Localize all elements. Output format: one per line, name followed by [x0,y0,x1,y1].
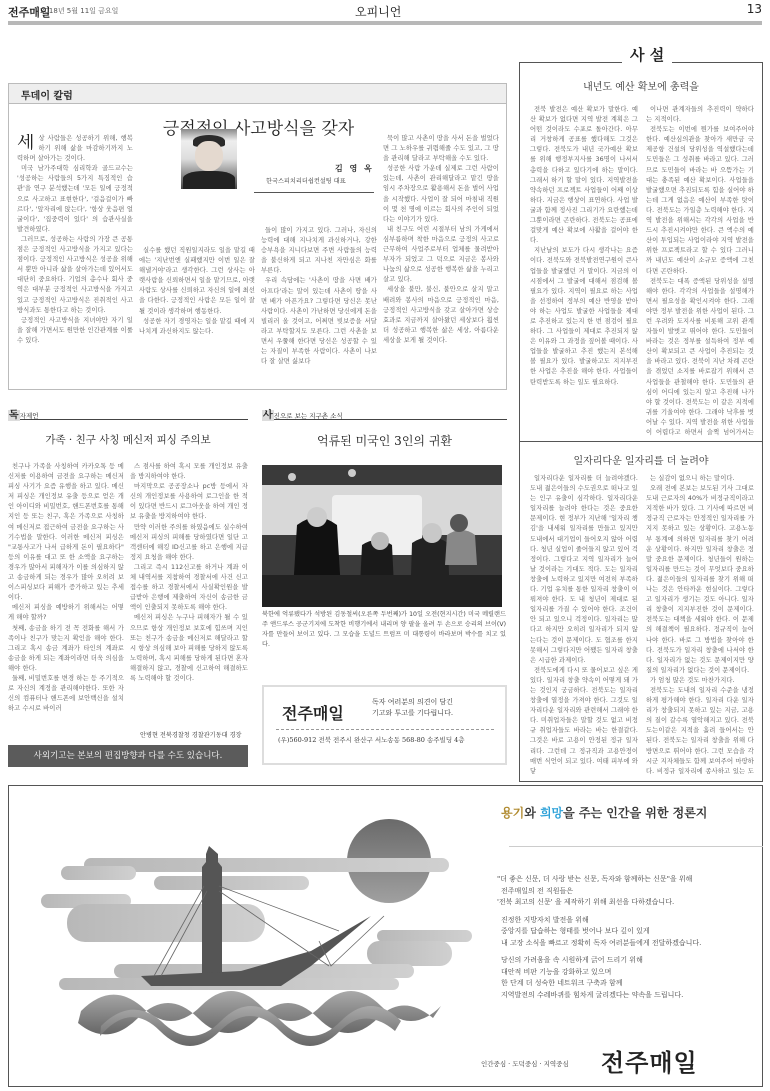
masthead-section: 오피니언 [355,3,401,20]
ad-body-text: "더 좋은 신문, 더 사랑 받는 신문, 독자와 함께하는 신문"을 위해 전… [497,874,701,1007]
ad-headline: 용기와 희망을 주는 인간을 위한 정론지 [501,804,707,821]
reader-signature: 안병현 전북경찰청 경찰관기동대 경장 [140,730,242,739]
author-name: 김 영 옥 [335,163,374,174]
ad-logo: 전주매일 [601,1043,698,1078]
today-col2: 실수를 했던 직원일지라도 일을 맡길 때에는 '지난번엔 실패했지만 이번 일… [139,246,255,386]
photo-caption: 북한에 억류됐다가 석방된 김동철씨(오른쪽 두번째)가 10일 오전(현지시간… [262,610,506,650]
reader-column-title: 가족 · 친구 사칭 메신저 피싱 주의보 [8,432,248,447]
bottom-advertisement: 용기와 희망을 주는 인간을 위한 정론지 "더 좋은 신문, 더 사랑 받는 … [8,785,763,1087]
submission-address: (우)560-912 전북 전주시 완산구 서노송동 568-80 송주빌딩 4… [278,735,465,744]
today-col2b: 들이 많이 가지고 있다. 그러나, 자신의 능력에 대해 지나치게 과신하거나… [261,226,377,386]
today-column-label: 투데이 칼럼 [9,84,506,104]
today-col1: 세 상 사람들은 성공하기 위해, 행복하기 위해 삶을 마감하기까지 노력하며… [17,134,133,386]
reader-col2: 스 점사를 하여 혹시 모를 개인정보 유출을 방지하여야 한다. 마지막으로 … [130,462,248,718]
author-title: 한국스피치리더쉽컨설팅 대표 [266,176,346,185]
photo-news-label: 사진으로 보는 지구촌 소식 [262,404,507,420]
dropcap: 세 [17,134,35,152]
ship-illustration [9,786,479,1086]
editorial-label: 사 설 [622,44,672,65]
reader-col1: 친구나 가족을 사칭하여 카카오톡 등 메신저를 이용하여 금전을 요구하는 메… [8,462,124,740]
news-photo [262,465,502,607]
editorial-box-2: 일자리다운 일자리를 더 늘려야 일자리다운 일자리를 더 늘려야겠다. 도내 … [519,442,763,782]
submission-logo: 전주매일 [282,701,344,724]
editorial-notice-bar: 사외기고는 본보의 편집방향과 다를 수도 있습니다. [8,745,248,767]
reader-column: 독자제언 가족 · 친구 사칭 메신저 피싱 주의보 [8,404,248,447]
masthead-date: 2018년 5월 11일 금요일 [40,6,118,16]
ad-divider [509,846,763,847]
editorial1-col1: 전북 발전은 예산 확보가 말한다. 예산 확보가 없다면 지역 발전 계획은 … [530,105,638,437]
reader-column-label: 독자제언 [8,404,248,420]
editorial2-col2: 는 실감이 없으니 하는 말이다. 오래 전에 본보는 보도된 기사 그대로 도… [646,474,754,774]
author-photo [181,129,237,189]
photo-news-title: 억류된 미국인 3인의 귀환 [262,432,507,449]
submission-divider [276,729,494,730]
submission-box: 전주매일 독자 여러분의 의견이 담긴 기고와 투고를 기다립니다. (우)56… [262,685,507,765]
today-column: 투데이 칼럼 긍정적인 사고방식을 갖자 세 상 사람들은 성공하기 위해, 행… [8,83,507,390]
submission-text: 독자 여러분의 의견이 담긴 기고와 투고를 기다립니다. [372,697,453,719]
editorial-title-1: 내년도 예산 확보에 총력을 [520,78,762,93]
editorial-box: 내년도 예산 확보에 총력을 전북 발전은 예산 확보가 말한다. 예산 확보가… [519,62,763,442]
ad-slogan: 인간중심 · 도덕중심 · 지역중심 [481,1059,569,1068]
editorial1-col2: 이나면 관계자들의 추진력이 약하다는 지적이다. 전북도는 이번에 뭔가를 보… [646,105,754,437]
photo-news: 사진으로 보는 지구촌 소식 억류된 미국인 3인의 귀환 [262,404,507,449]
masthead-rule [8,21,762,25]
page-number: 13 [747,2,762,16]
today-col3: 묵이 많고 사촌이 땅을 사서 돈을 벌었다면 그 노하우를 귀띔해줄 수도 있… [383,134,499,386]
photo-rule [254,192,374,193]
editorial-title-2: 일자리다운 일자리를 더 늘려야 [520,452,762,467]
editorial2-col1: 일자리다운 일자리를 더 늘려야겠다. 도내 젊은이들의 수도권으로 떠나고 있… [530,474,638,774]
